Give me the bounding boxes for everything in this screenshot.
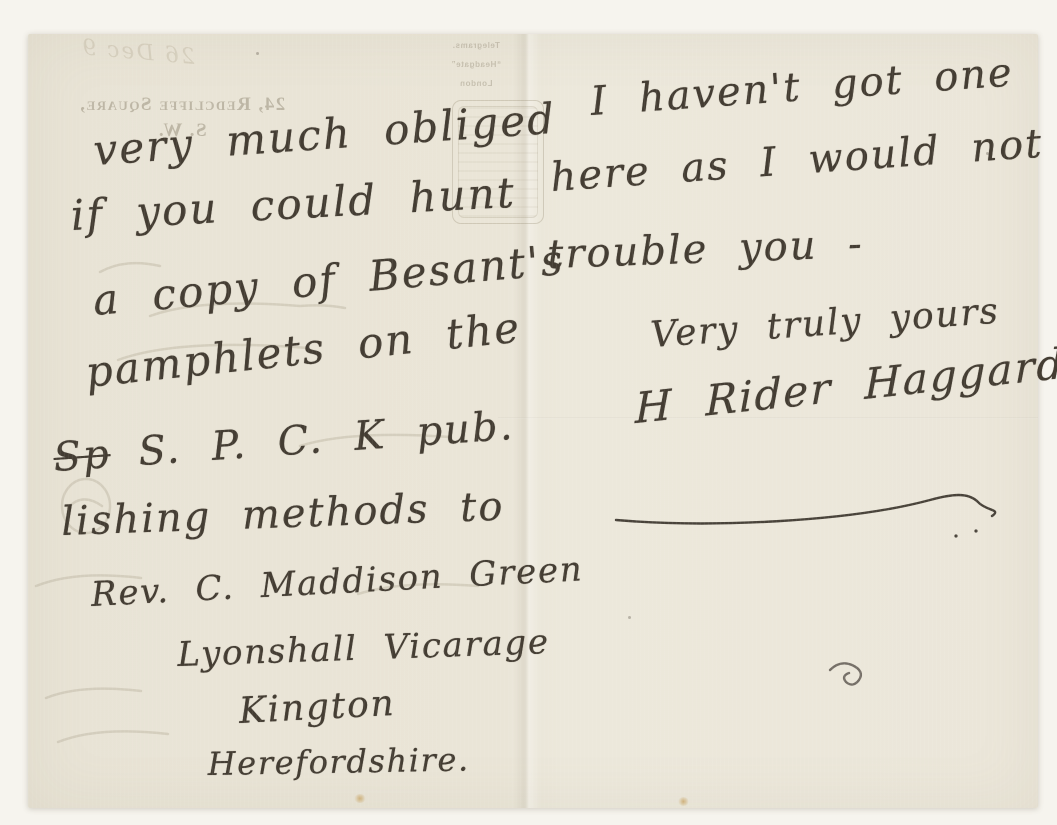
ink-smudge bbox=[826, 654, 876, 694]
paper-speck bbox=[628, 616, 631, 619]
signature-flourish bbox=[558, 462, 1028, 552]
paper-speck bbox=[986, 152, 989, 155]
letter-paper: 26 Dec 9 24, Redcliffe Square, S. W. Tel… bbox=[28, 34, 1038, 808]
handwriting-line: Herefordshire. bbox=[207, 743, 470, 780]
stain-spot bbox=[678, 797, 689, 806]
struck-out-word: Sp bbox=[52, 431, 112, 481]
stain-spot bbox=[354, 794, 366, 803]
paper-speck bbox=[256, 52, 259, 55]
handwriting-line: Kington bbox=[238, 686, 396, 730]
handwriting-line: trouble you - bbox=[547, 224, 865, 275]
letter-photo: 26 Dec 9 24, Redcliffe Square, S. W. Tel… bbox=[0, 0, 1057, 825]
